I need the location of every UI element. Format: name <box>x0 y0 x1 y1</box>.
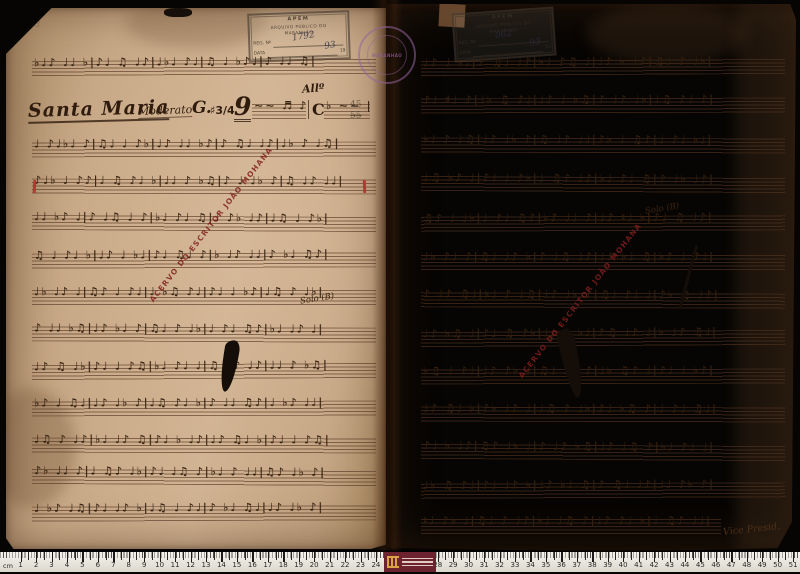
ruler-number: 41 <box>634 561 643 569</box>
ruler-half-tick <box>770 552 771 560</box>
ruler-half-tick <box>229 552 230 560</box>
staff-notes: ~~ ♬ ♪♩ | <box>254 99 308 112</box>
ruler-half-tick <box>461 552 462 560</box>
ruler-number: 14 <box>217 561 226 569</box>
stamp-handwritten-year: 93 <box>324 40 337 52</box>
stain <box>737 4 800 552</box>
ruler-half-tick <box>631 552 632 560</box>
ruler-number: 29 <box>449 561 458 569</box>
archive-emblem-icon <box>387 556 399 568</box>
ruler-number: 21 <box>325 561 334 569</box>
pencil-mark: 6.2.3 <box>16 16 41 31</box>
ruler-number: 11 <box>171 561 180 569</box>
music-staff: ♭♫ ♩ ♪♩|♩♪ ♪♭ ♩|♫♩ ♩♪ ♪|♩♭ ♫♪ ♩|♪♩ ♩ ♭♪| <box>421 369 785 385</box>
ruler-half-tick <box>445 552 446 560</box>
stamp-handwritten-year: 93 <box>529 37 542 49</box>
music-staff: ♪♩ ♭ ♩♪|♫♪ ♩♭ ♩|♪ ♩♪ ♭♫|♩♪ ♩♫ ♪|♭♩ ♪♩ ♩| <box>421 444 785 461</box>
staff-notes: ♫ ♩ ♪♩ ♭|♩♪ ♩ ♭♩|♪♩ ♫♩ ♪|♭ ♩♪ ♩♩|♪ ♭♩ ♫♪… <box>34 247 378 261</box>
ruler-number: 17 <box>263 561 272 569</box>
staff-notes: ♩♪ ♫♩ ♭|♪♭ ♩♪ ♩|♩♫ ♪ ♩♭|♪♩ ♭♫ ♪|♩ ♪♩ ♫♩| <box>423 402 787 416</box>
staff-notes: ♭♫ ♩ ♪♩|♩♪ ♪♭ ♩|♫♩ ♩♪ ♪|♩♭ ♫♪ ♩|♪♩ ♩ ♭♪| <box>423 364 787 378</box>
allegro-marking: Allº <box>302 81 325 96</box>
ruler-number: 43 <box>665 561 674 569</box>
staff-notes: ♩ ♪♩♭♩ ♪|♫♩ ♩ ♪♭|♩♪ ♩♩ ♭♪|♪ ♫♩ ♩♪|♩♭ ♪ ♩… <box>34 137 378 151</box>
ruler-half-tick <box>353 552 354 560</box>
music-staff: ♩♭ ♫ ♪♩|♪♩ ♩♪ ♭|♩♪ ♭♩ ♫|♪ ♫♩ ♩♪|♩♩ ♪♭ ♪| <box>421 482 785 499</box>
ink-smudge <box>164 8 192 17</box>
music-staff: ♮♩ ♪♭ ♩|♫♩ ♪ ♩♪|♭♩ ♩♫ ♪|♩♪ ♪♩ ♭|♩ ♫♪ ♩♩| <box>421 519 721 534</box>
staff-notes: ♭♩ ♪ ♩♫|♩♪ ♩♭ ♪|♫ ♩♪ ♩♩|♪♭ ♩ ♫♪|♩ ♪♩ ♭♩| <box>423 133 787 147</box>
stamp-handwritten-number: 062 <box>494 28 513 41</box>
music-staff: ♪♩ ♯♩ ♪|♩♭ ♫ ♪♩|♩♪ ♩ ♭♫|♪ ♩♪ ♩♭|♩♫ ♪♩ ♪| <box>421 98 785 114</box>
common-time-mark: C <box>308 100 325 119</box>
ruler-number: 22 <box>341 561 350 569</box>
time-signature: ♯3/4 <box>210 104 235 117</box>
left-page: 6.2.3 20 APEM ARQUIVO PÚBLICO DO MARANHÃ… <box>6 8 386 549</box>
ruler-number: 9 <box>142 561 146 569</box>
ruler-number: 6 <box>96 561 100 569</box>
ruler-half-tick <box>44 552 45 560</box>
staff-notes: ♩ ♭♪ ♩♫|♪♩ ♩♪ ♭|♩♫ ♩ ♪♩|♪ ♭♩ ♫♩|♩♪ ♩♭ ♪| <box>34 500 378 514</box>
ruler-half-tick <box>569 552 570 560</box>
pencil-numbers: 45 55 <box>350 100 361 122</box>
ruler-number: 34 <box>526 561 535 569</box>
ruler-half-tick <box>59 552 60 560</box>
music-staff: ♩♪ ♫ ♩♭|♪♩ ♩ ♪♫|♭♩ ♪♩ ♩|♫ ♭♪ ♩♪|♩♩ ♪ ♭♫| <box>32 363 376 380</box>
music-staff: ♭ ~~ | <box>324 104 370 119</box>
treble-clef-mark: G. <box>192 98 212 118</box>
ruler-half-tick <box>322 552 323 560</box>
music-staff: ♩♪ ♫♩ ♭|♪♭ ♩♪ ♩|♩♫ ♪ ♩♭|♪♩ ♭♫ ♪|♩ ♪♩ ♫♩| <box>421 407 785 423</box>
ruler-number: 3 <box>49 561 53 569</box>
music-staff: ♫ ♩ ♪♩ ♭|♩♪ ♩ ♭♩|♪♩ ♫♩ ♪|♭ ♩♪ ♩♩|♪ ♭♩ ♫♪… <box>32 252 376 268</box>
ruler-half-tick <box>276 552 277 560</box>
ruler-number: 16 <box>248 561 257 569</box>
stamp-reg-label: REG. Nº <box>458 39 476 48</box>
staff-notes: ♩♪ ♫ ♩♭|♪♩ ♩ ♪♫|♭♩ ♪♩ ♩|♫ ♭♪ ♩♪|♩♩ ♪ ♭♫| <box>34 358 378 373</box>
bass-clef-figure: 9 <box>234 94 251 122</box>
right-page: APEM ARQUIVO PÚBLICO DO MARANHÃO REG. Nº… <box>387 4 796 552</box>
ruler-number: 30 <box>464 561 473 569</box>
ruler-half-tick <box>538 552 539 560</box>
ruler-half-tick <box>183 552 184 560</box>
ruler-number: 23 <box>356 561 365 569</box>
stamp-line: ARQUIVO PÚBLICO DO <box>253 22 345 32</box>
staff-notes: ♫♪ ♩ ♩♭|♩ ♪♩ ♫♪|♭♪ ♩♩ ♪|♩♪ ♮♩ ♭|♪♩ ♫ ♩♪| <box>423 210 787 225</box>
ruler-number: 20 <box>310 561 319 569</box>
ruler-number: 15 <box>232 561 241 569</box>
ruler-half-tick <box>585 552 586 560</box>
ruler-number: 2 <box>34 561 38 569</box>
manuscript-scan: 6.2.3 20 APEM ARQUIVO PÚBLICO DO MARANHÃ… <box>0 0 800 574</box>
ruler-number: 13 <box>202 561 211 569</box>
ruler-unit-label: cm <box>3 562 13 570</box>
ruler-number: 50 <box>773 561 782 569</box>
music-staff: ♩♪ ♩ ♭♩|♪ ♫♩ ♩♪|♭♩ ♪♫ ♩|♩♪ ♭ ♩♪|♫♩ ♪ ♩♭| <box>421 59 785 76</box>
staff-notes: ♮♩ ♪♭ ♩|♫♩ ♪ ♩♪|♭♩ ♩♫ ♪|♩♪ ♪♩ ♭|♩ ♫♪ ♩♩| <box>423 514 723 527</box>
staff-notes: ♪♭ ♩♩ ♪|♩ ♫♪ ♩♭|♪♩ ♩♫ ♪|♭♩ ♪ ♩♩|♫♪ ♩♭ ♪| <box>34 464 378 479</box>
ruler: cm 1234567891011121314151617181920212223… <box>0 552 800 572</box>
ruler-half-tick <box>754 552 755 560</box>
ruler-number: 37 <box>572 561 581 569</box>
pencil-number: 55 <box>350 111 361 122</box>
ruler-half-tick <box>492 552 493 560</box>
music-staff: ♭♩♪ ♩♩ ♭|♪♩ ♫ ♩♪|♩♭♩ ♪♩|♫ ♩ ♭♪♩|♪ ♩♩ ♫| <box>32 59 376 76</box>
ruler-number: 44 <box>680 561 689 569</box>
music-staff: ♩♪ ♭♫ ♩|♪♩ ♫ ♪♭|♩♩ ♪ ♭♩|♪♫ ♩♪ ♩|♭ ♩♪ ♫♩| <box>421 330 785 347</box>
stain <box>126 0 266 48</box>
ruler-number: 18 <box>279 561 288 569</box>
music-staff: ♫♪ ♩ ♩♭|♩ ♪♩ ♫♪|♭♪ ♩♩ ♪|♩♪ ♮♩ ♭|♪♩ ♫ ♩♪| <box>421 215 785 232</box>
staff-notes: ♭♩♪ ♩♩ ♭|♪♩ ♫ ♩♪|♩♭♩ ♪♩|♫ ♩ ♭♪♩|♪ ♩♩ ♫| <box>34 54 378 69</box>
ruler-logo <box>384 552 436 572</box>
ruler-half-tick <box>693 552 694 560</box>
ruler-half-tick <box>523 552 524 560</box>
ruler-number: 38 <box>588 561 597 569</box>
staff-notes: ♪♩ ♭ ♩♪|♫♪ ♩♭ ♩|♪ ♩♪ ♭♫|♩♪ ♩♫ ♪|♭♩ ♪♩ ♩| <box>423 439 787 454</box>
ruler-number: 5 <box>80 561 84 569</box>
music-staff: ♩ ♪♩♭♩ ♪|♫♩ ♩ ♪♭|♩♪ ♩♩ ♭♪|♪ ♫♩ ♩♪|♩♭ ♪ ♩… <box>32 142 376 158</box>
ruler-half-tick <box>677 552 678 560</box>
ruler-half-tick <box>615 552 616 560</box>
ruler-number: 51 <box>789 561 798 569</box>
ruler-half-tick <box>28 552 29 560</box>
pencil-number: 45 <box>350 100 361 111</box>
staff-notes: ♩♪ ♭♫ ♩|♪♩ ♫ ♪♭|♩♩ ♪ ♭♩|♪♫ ♩♪ ♩|♭ ♩♪ ♫♩| <box>423 325 787 340</box>
corner-pencil-marks: 6.2.3 20 <box>14 16 41 42</box>
staff-notes: ♪♩♭ ♩ ♪♪|♩ ♫ ♪♩ ♭|♩♩ ♪ ♭♫|♪ ♩ ♩♭ ♪|♫ ♩♪ … <box>34 174 378 188</box>
staff-notes: ♪ ♩♪ ♫♩|♭♩ ♪ ♩♫|♩♪ ♩♭ ♪|♫♩ ♪♩ ♩|♪♭ ♫ ♩♪| <box>423 287 787 302</box>
ruler-number: 4 <box>65 561 69 569</box>
tempo-marking: Moderato <box>138 103 193 119</box>
staff-notes: ♩♫ ♪ ♩♪|♭♩ ♩♪ ♫|♪♩ ♭ ♩♪|♩♪ ♫♩ ♭|♪♩ ♩ ♪♫| <box>34 433 378 447</box>
ruler-half-tick <box>368 552 369 560</box>
ruler-number: 45 <box>696 561 705 569</box>
music-staff: ♪ ♩♪ ♫♩|♭♩ ♪ ♩♫|♩♪ ♩♭ ♪|♫♩ ♪♩ ♩|♪♭ ♫ ♩♪| <box>421 292 785 309</box>
ruler-number: 32 <box>495 561 504 569</box>
ruler-half-tick <box>152 552 153 560</box>
ruler-number: 49 <box>758 561 767 569</box>
ruler-number: 46 <box>711 561 720 569</box>
ruler-half-tick <box>724 552 725 560</box>
music-staff: ♭♪ ♩ ♫♩|♩♪ ♩♭ ♪|♩♫ ♪♩ ♭|♪ ♩♩ ♫♪|♩ ♭♪ ♩♩| <box>32 401 376 417</box>
ruler-number: 40 <box>619 561 628 569</box>
staff-notes: ♭♪ ♩ ♫♩|♩♪ ♩♭ ♪|♩♫ ♪♩ ♭|♪ ♩♩ ♫♪|♩ ♭♪ ♩♩| <box>34 396 378 410</box>
ruler-number: 10 <box>155 561 164 569</box>
stamp-org: APEM <box>457 11 549 25</box>
signature-vice-presid: Vice Presid. <box>723 521 781 538</box>
ruler-number: 47 <box>727 561 736 569</box>
staff-notes: ♪ ♩♩ ♭♫|♩♪ ♭♩ ♪|♫♩ ♪ ♩♭|♩ ♪♩ ♫♪|♭♩ ♩♪ ♩| <box>34 321 378 335</box>
ruler-number: 42 <box>650 561 659 569</box>
ruler-half-tick <box>600 552 601 560</box>
staff-notes: ♩♫ ♭♪ ♩|♪♩ ♩ ♪♭|♩ ♫♪ ♩♪|♭♩ ♪♩ ♫|♪ ♩♭ ♩♪| <box>423 171 787 186</box>
stamp-handwritten-number: 1792 <box>291 30 315 43</box>
ruler-half-tick <box>136 552 137 560</box>
ruler-number: 8 <box>127 561 131 569</box>
ruler-half-tick <box>75 552 76 560</box>
ruler-half-tick <box>198 552 199 560</box>
music-staff: ♪♩♭ ♩ ♪♪|♩ ♫ ♪♩ ♭|♩♩ ♪ ♭♫|♪ ♩ ♩♭ ♪|♫ ♩♪ … <box>32 179 376 195</box>
music-staff: ♩ ♭♪ ♩♫|♪♩ ♩♪ ♭|♩♫ ♩ ♪♩|♪ ♭♩ ♫♩|♩♪ ♩♭ ♪| <box>32 505 376 521</box>
staff-notes: ♩♪ ♩ ♭♩|♪ ♫♩ ♩♪|♭♩ ♪♫ ♩|♩♪ ♭ ♩♪|♫♩ ♪ ♩♭| <box>423 54 787 69</box>
stamp-reg-label: REG. Nº <box>253 40 271 49</box>
ruler-number: 1 <box>18 561 22 569</box>
ruler-half-tick <box>121 552 122 560</box>
music-staff: ♩♫ ♭♪ ♩|♪♩ ♩ ♪♭|♩ ♫♪ ♩♪|♭♩ ♪♩ ♫|♪ ♩♭ ♩♪| <box>421 176 785 193</box>
ruler-half-tick <box>306 552 307 560</box>
music-staff: ♩♫ ♪ ♩♪|♭♩ ♩♪ ♫|♪♩ ♭ ♩♪|♩♪ ♫♩ ♭|♪♩ ♩ ♪♫| <box>32 438 376 454</box>
music-staff: ~~ ♬ ♪♩ | <box>252 104 306 119</box>
ruler-half-tick <box>739 552 740 560</box>
ruler-half-tick <box>662 552 663 560</box>
ruler-half-tick <box>214 552 215 560</box>
staff-notes: ♪♩ ♯♩ ♪|♩♭ ♫ ♪♩|♩♪ ♩ ♭♫|♪ ♩♪ ♩♭|♩♫ ♪♩ ♪| <box>423 93 787 107</box>
ruler-half-tick <box>476 552 477 560</box>
ruler-number: 33 <box>511 561 520 569</box>
stamp-year-prefix: 19 <box>545 44 551 52</box>
music-staff: ♪ ♩♩ ♭♫|♩♪ ♭♩ ♪|♫♩ ♪ ♩♭|♩ ♪♩ ♫♪|♭♩ ♩♪ ♩| <box>32 326 376 342</box>
ruler-half-tick <box>646 552 647 560</box>
ruler-half-tick <box>260 552 261 560</box>
round-seal: MARANHÃO <box>358 26 416 84</box>
ruler-number: 35 <box>541 561 550 569</box>
ruler-number: 7 <box>111 561 115 569</box>
ruler-half-tick <box>90 552 91 560</box>
stamp-org: APEM <box>252 14 344 25</box>
ruler-half-tick <box>785 552 786 560</box>
ruler-number: 36 <box>557 561 566 569</box>
ruler-half-tick <box>554 552 555 560</box>
accession-stamp-right: APEM ARQUIVO PÚBLICO DO MARANHÃO REG. Nº… <box>451 7 556 63</box>
staff-notes: ♭ ~~ | <box>326 99 372 112</box>
ruler-number: 31 <box>480 561 489 569</box>
ruler-number: 39 <box>603 561 612 569</box>
ruler-half-tick <box>167 552 168 560</box>
ruler-number: 48 <box>742 561 751 569</box>
ruler-number: 19 <box>294 561 303 569</box>
music-staff: ♪♭ ♩♩ ♪|♩ ♫♪ ♩♭|♪♩ ♩♫ ♪|♭♩ ♪ ♩♩|♫♪ ♩♭ ♪| <box>32 469 376 486</box>
seal-center-text: MARANHÃO <box>372 53 402 58</box>
red-mark <box>363 180 366 193</box>
ruler-number: 12 <box>186 561 195 569</box>
staff-notes: ♩♭ ♫ ♪♩|♪♩ ♩♪ ♭|♩♪ ♭♩ ♫|♪ ♫♩ ♩♪|♩♩ ♪♭ ♪| <box>423 477 787 492</box>
ruler-half-tick <box>708 552 709 560</box>
ruler-half-tick <box>291 552 292 560</box>
ruler-half-tick <box>245 552 246 560</box>
ruler-half-tick <box>507 552 508 560</box>
logo-text-lines <box>402 558 433 567</box>
ruler-half-tick <box>106 552 107 560</box>
ruler-half-tick <box>337 552 338 560</box>
ruler-number: 24 <box>371 561 380 569</box>
music-staff: ♭♩ ♪ ♩♫|♩♪ ♩♭ ♪|♫ ♩♪ ♩♩|♪♭ ♩ ♫♪|♩ ♪♩ ♭♩| <box>421 138 785 154</box>
